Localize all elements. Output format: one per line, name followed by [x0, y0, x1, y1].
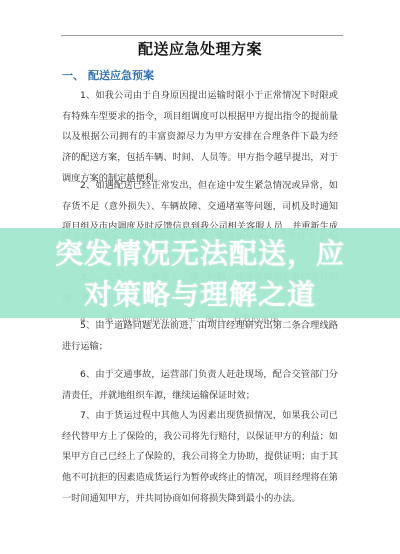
- paragraph-6: 6、由于交通事故，运营部门负责人赶赴现场，配合交管部门分 清责任，并就地组织车源…: [62, 365, 338, 406]
- banner-line-2: 对策略与理解之道: [0, 274, 400, 315]
- banner-headline: 突发情况无法配送，应 对策略与理解之道: [0, 233, 400, 315]
- paragraph-1: 1、如我公司由于自身原因提出运输时限小于正常情况下时限或 有特殊车型要求的指令，…: [62, 86, 338, 190]
- header-rule: [61, 35, 343, 36]
- section-number: 一、: [62, 67, 88, 83]
- document-page: 配送应急处理方案 一、配送应急预案 1、如我公司由于自身原因提出运输时限小于正常…: [0, 0, 400, 554]
- paragraph-5: 5、由于道路问题无法前进，由项目经理研究出第二条合理线路 进行运输；: [62, 316, 338, 357]
- paragraph-7: 7、由于货运过程中其他人为因素出现货损情况，如果我公司已 经代替甲方上了保险的，…: [62, 406, 338, 510]
- banner-line-1: 突发情况无法配送，应: [0, 233, 400, 274]
- document-title: 配送应急处理方案: [0, 38, 400, 59]
- section-heading: 一、配送应急预案: [62, 67, 154, 83]
- section-title: 配送应急预案: [88, 69, 154, 82]
